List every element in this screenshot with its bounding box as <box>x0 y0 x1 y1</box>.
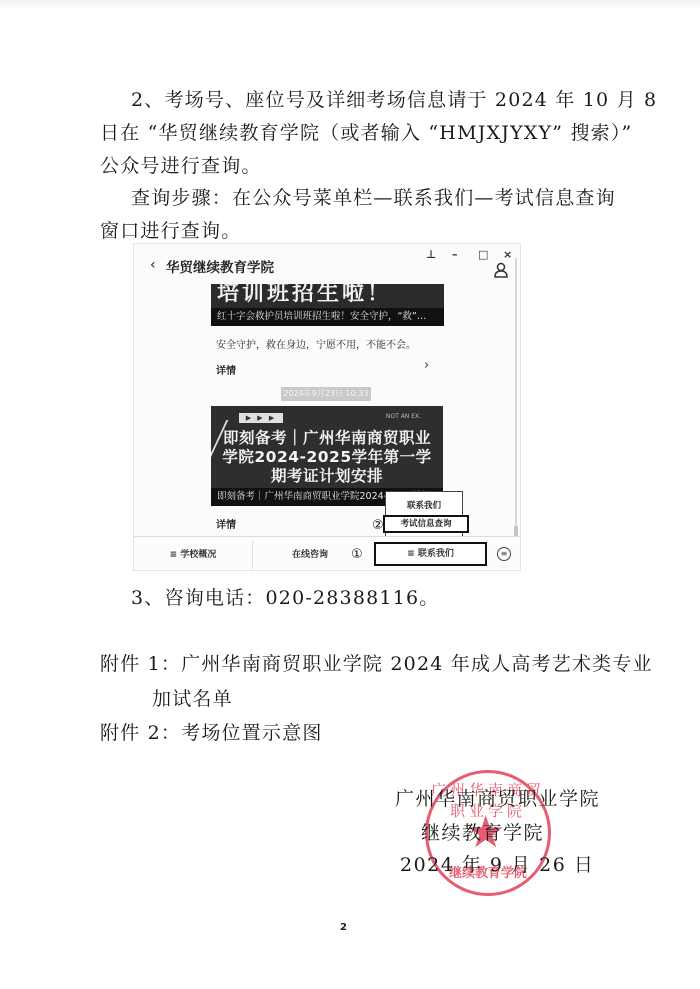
article1-banner[interactable]: 培训班招生啦！ 红十字会救护员培训班招生啦！安全守护，“救”… <box>211 284 444 326</box>
item2-line2: 日在 “华贸继续教育学院（或者输入 “HMJXJYXY” 搜索）” <box>100 118 632 148</box>
scan-top-edge <box>0 0 700 10</box>
article1-description: 安全守护，救在身边，宁愿不用，不能不会。 <box>216 336 416 351</box>
window-titlebar: ‹ 华贸继续教育学院 ⊥ – □ × <box>134 244 520 282</box>
menu-item-contact-us[interactable]: 联系我们 <box>386 499 462 511</box>
tab-school-overview[interactable]: ≡ 学校概况 <box>134 537 252 571</box>
attachment1-line1: 附件 1：广州华南商贸职业学院 2024 年成人高考艺术类专业 <box>100 649 653 679</box>
article1-banner-text: 培训班招生啦！ <box>217 284 392 307</box>
signature-dept: 继续教育学院 <box>421 818 544 848</box>
article1-detail-link[interactable]: 详情 <box>216 362 236 377</box>
keyboard-toggle-icon[interactable]: ≡ <box>497 547 511 561</box>
menu-tabbar: ≡ 学校概况 在线咨询 ① ≡ 联系我们 ≡ <box>134 536 520 571</box>
message-timestamp: 2024年9月23日 10:33 <box>281 387 371 401</box>
minimize-icon[interactable]: – <box>452 248 458 261</box>
step1-marker: ① <box>351 547 363 562</box>
chevron-right-icon[interactable]: › <box>424 358 429 373</box>
article1-caption: 红十字会救护员培训班招生啦！安全守护，“救”… <box>211 308 444 326</box>
item3-phone: 3、咨询电话：020-28388116。 <box>131 583 439 613</box>
steps-line1: 查询步骤：在公众号菜单栏—联系我们—考试信息查询 <box>131 183 616 213</box>
steps-line2: 窗口进行查询。 <box>100 216 241 246</box>
close-icon[interactable]: × <box>503 248 512 261</box>
attachment1-line2: 加试名单 <box>152 684 233 714</box>
wechat-account-screenshot: ‹ 华贸继续教育学院 ⊥ – □ × 培训班招生啦！ 红十字会救护员培训班招生啦… <box>133 243 521 571</box>
step2-marker: ② <box>372 518 384 533</box>
scrollbar-track[interactable] <box>515 258 517 558</box>
pin-icon[interactable]: ⊥ <box>426 248 436 261</box>
maximize-icon[interactable]: □ <box>478 248 488 261</box>
item2-line1: 2、考场号、座位号及详细考场信息请于 2024 年 10 月 8 <box>131 85 657 115</box>
item2-line3: 公众号进行查询。 <box>100 151 262 181</box>
page-number: 2 <box>340 922 347 933</box>
account-title: 华贸继续教育学院 <box>166 256 274 276</box>
article2-detail-link[interactable]: 详情 <box>216 516 236 531</box>
tab-contact-us[interactable]: ≡ 联系我们 <box>374 542 487 566</box>
play-arrows-icon: ▶ ▶ ▶ <box>239 413 283 423</box>
signature-date: 2024 年 9 月 26 日 <box>400 850 594 880</box>
menu-item-exam-info-query[interactable]: 考试信息查询 <box>383 515 469 533</box>
back-icon[interactable]: ‹ <box>150 257 156 273</box>
signature-org: 广州华南商贸职业学院 <box>395 784 600 814</box>
article2-headline-line3: 期考证计划安排 <box>211 464 443 486</box>
user-profile-icon[interactable] <box>494 262 508 278</box>
banner-tag: NOT AN EX. <box>386 413 421 420</box>
attachment2: 附件 2：考场位置示意图 <box>100 718 323 748</box>
